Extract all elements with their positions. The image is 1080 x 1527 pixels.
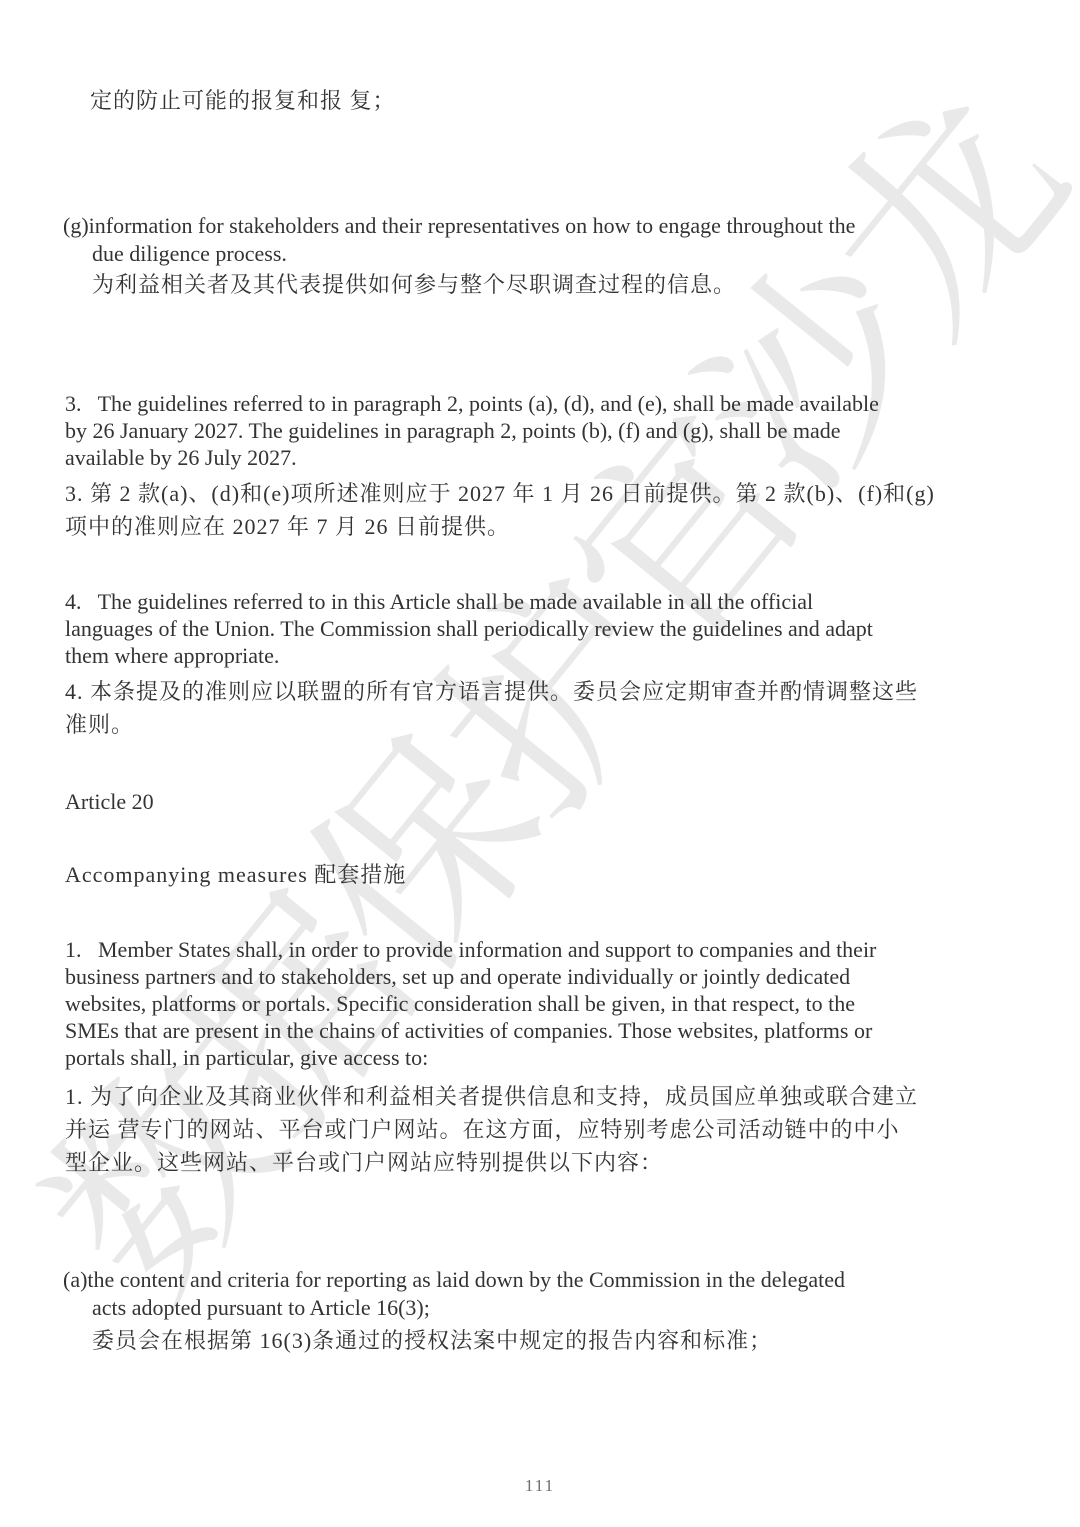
paragraph-1-en: 1. Member States shall, in order to prov… [65,936,876,1071]
paragraph-3-en: 3. The guidelines referred to in paragra… [65,390,879,471]
page-content: 定的防止可能的报复和报 复； (g)information for stakeh… [0,0,1080,1527]
document-page: 数据保护官沙龙 定的防止可能的报复和报 复； (g)information fo… [0,0,1080,1527]
item-g-zh-line: 为利益相关者及其代表提供如何参与整个尽职调查过程的信息。 [92,268,736,301]
paragraph-4-en: 4. The guidelines referred to in this Ar… [65,588,873,669]
paragraph-fragment-zh: 定的防止可能的报复和报 复； [90,84,396,117]
article-subheading: Accompanying measures 配套措施 [65,858,406,891]
page-number: 111 [0,1476,1080,1496]
paragraph-1-zh: 1. 为了向企业及其商业伙伴和利益相关者提供信息和支持，成员国应单独或联合建立 … [65,1080,918,1179]
item-a-en-line1: (a)the content and criteria for reportin… [63,1266,845,1293]
item-a-zh-line: 委员会在根据第 16(3)条通过的授权法案中规定的报告内容和标准； [92,1324,772,1357]
article-heading: Article 20 [65,788,154,815]
paragraph-3-zh: 3. 第 2 款(a)、(d)和(e)项所述准则应于 2027 年 1 月 26… [65,477,935,543]
paragraph-4-zh: 4. 本条提及的准则应以联盟的所有官方语言提供。委员会应定期审查并酌情调整这些 … [65,675,918,741]
item-a-en-line2: acts adopted pursuant to Article 16(3); [92,1294,430,1321]
item-g-en-line1: (g)information for stakeholders and thei… [63,212,855,239]
item-g-en-line2: due diligence process. [92,240,287,267]
